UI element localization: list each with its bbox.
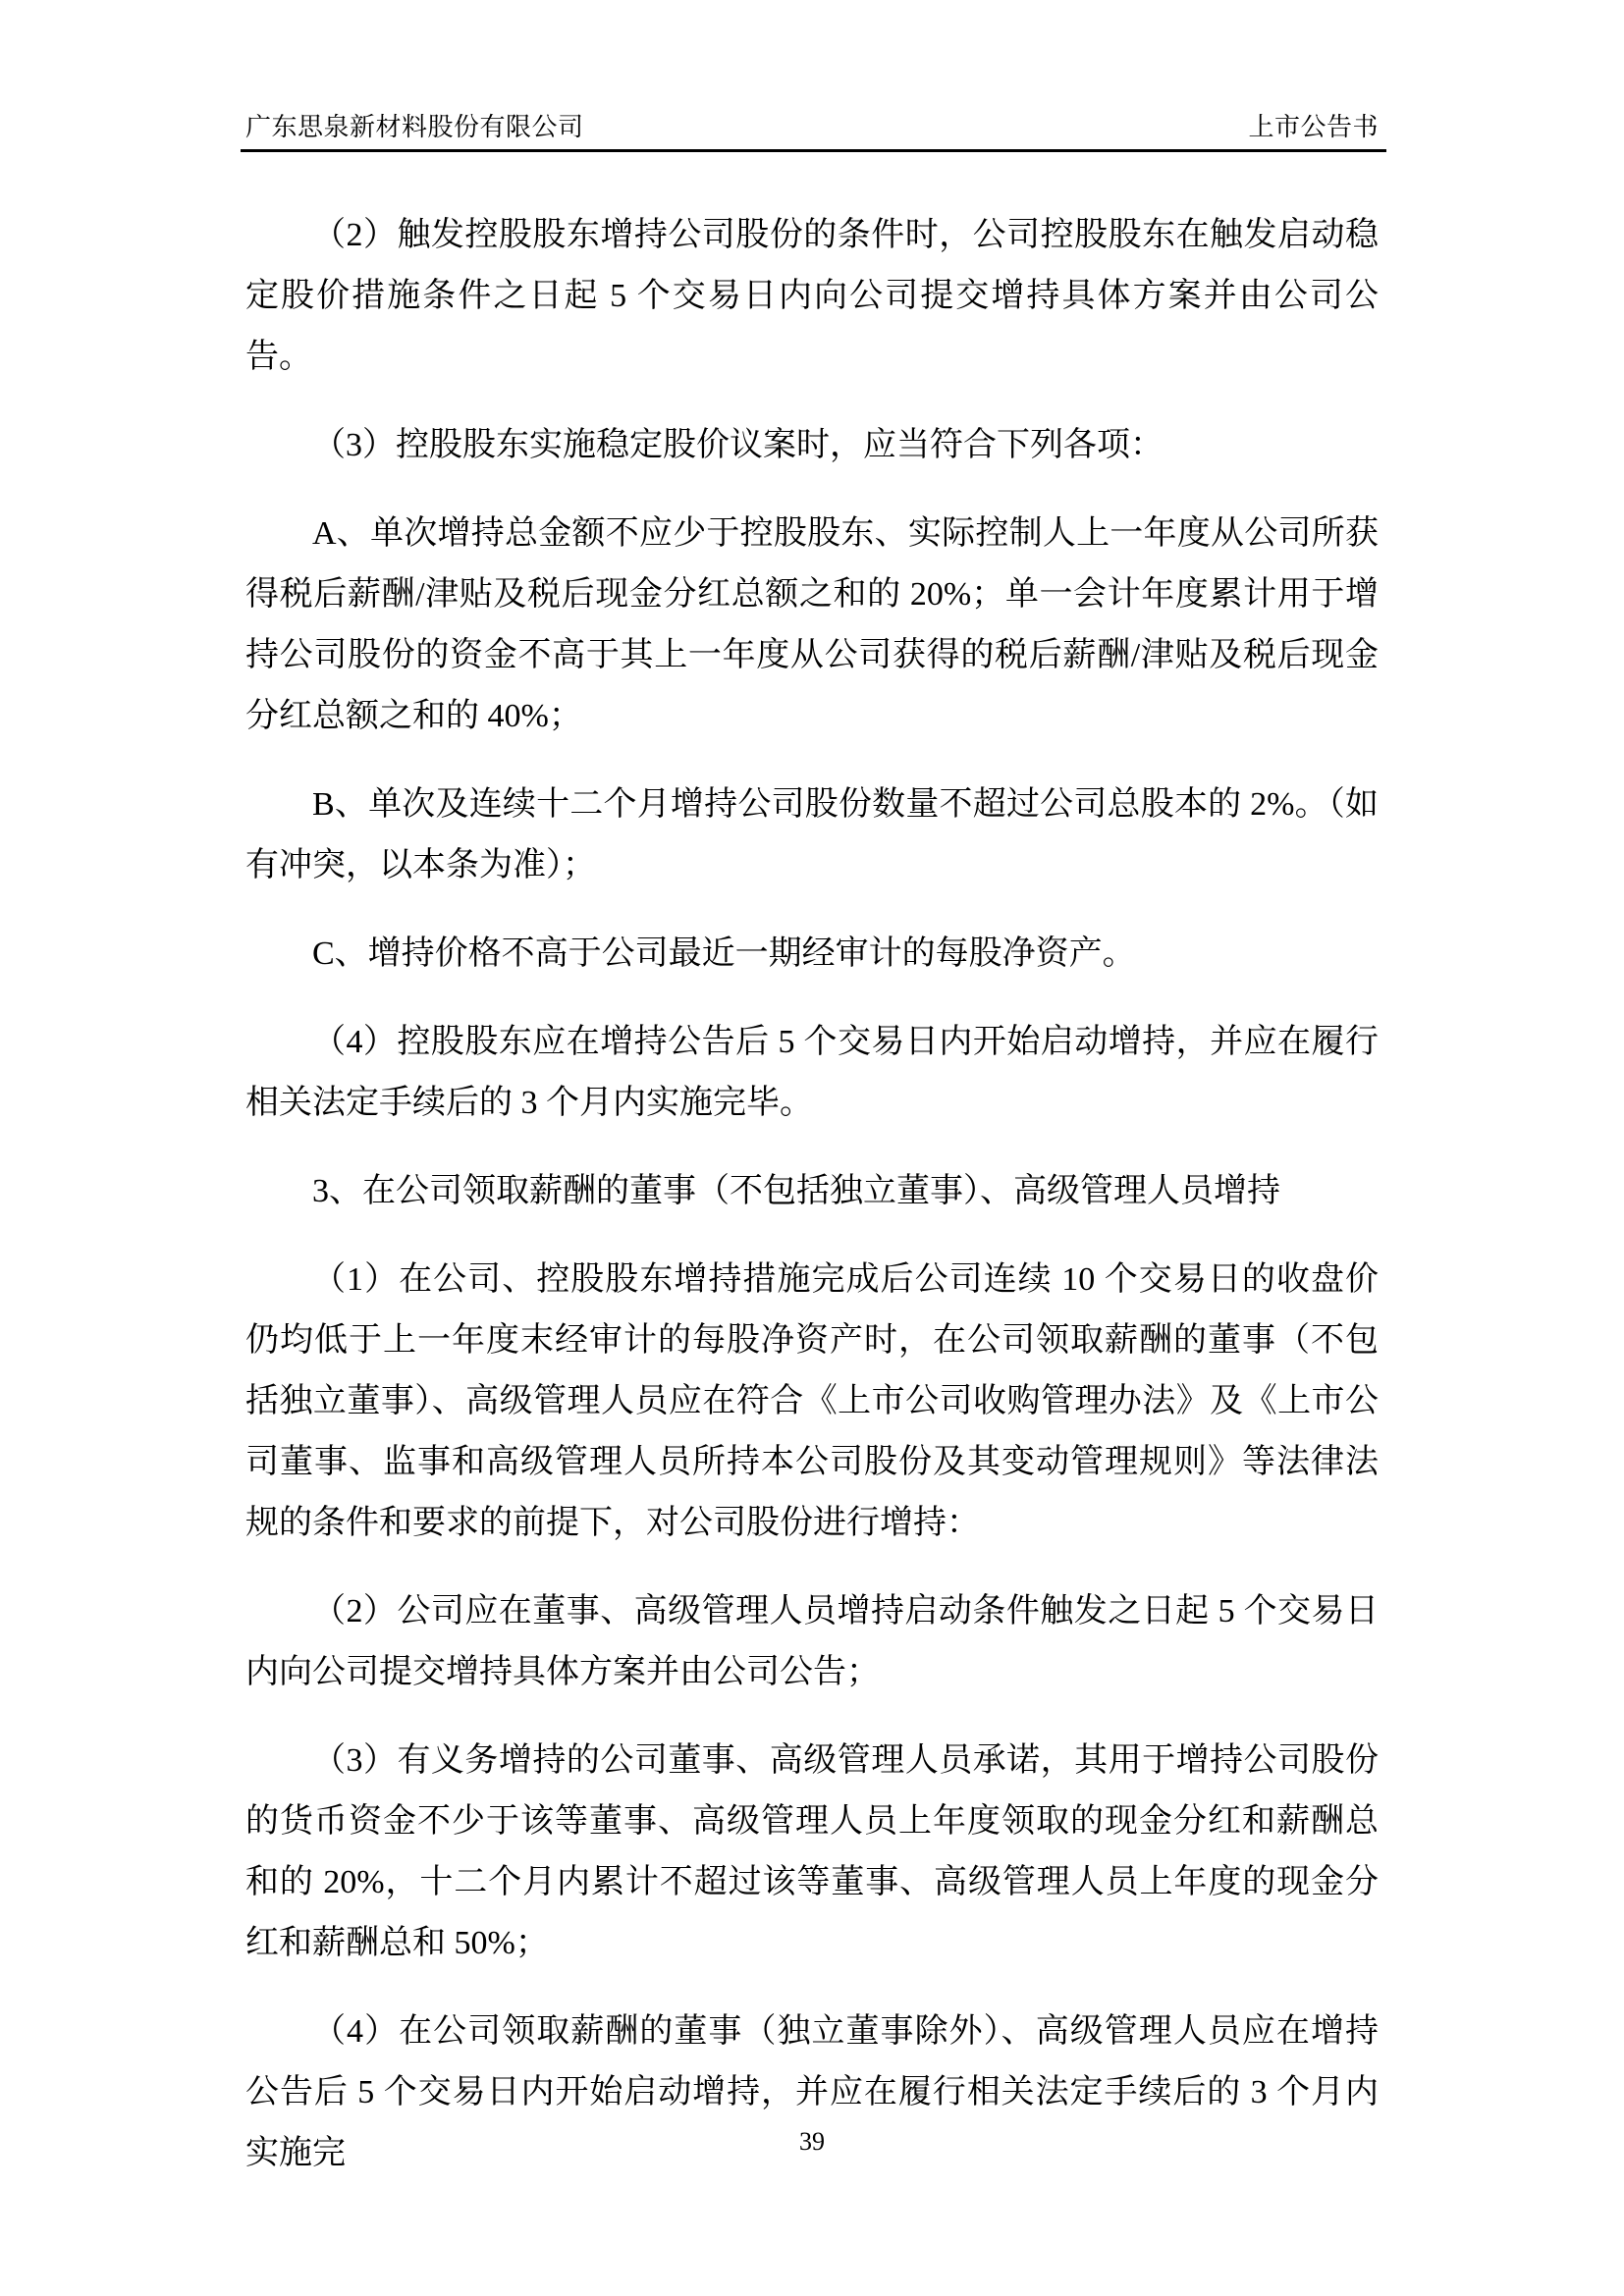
para-item3-stabilization-requirements: （3）控股股东实施稳定股价议案时，应当符合下列各项： bbox=[245, 415, 1379, 476]
document-page: 广东思泉新材料股份有限公司 上市公告书 （2）触发控股股东增持公司股份的条件时，… bbox=[0, 0, 1624, 2296]
header-company-name: 广东思泉新材料股份有限公司 bbox=[241, 114, 584, 141]
para-s1-directors-increase-trigger: （1）在公司、控股股东增持措施完成后公司连续 10 个交易日的收盘价仍均低于上一… bbox=[245, 1250, 1379, 1554]
para-item4-start-and-completion-timing: （4）控股股东应在增持公告后 5 个交易日内开始启动增持，并应在履行相关法定手续… bbox=[245, 1012, 1379, 1134]
page-header: 广东思泉新材料股份有限公司 上市公告书 bbox=[241, 0, 1386, 152]
para-s2-plan-submission: （2）公司应在董事、高级管理人员增持启动条件触发之日起 5 个交易日内向公司提交… bbox=[245, 1581, 1379, 1703]
para-item2-trigger-conditions: （2）触发控股股东增持公司股份的条件时，公司控股股东在触发启动稳定股价措施条件之… bbox=[245, 205, 1379, 388]
para-c-increase-price-limit: C、增持价格不高于公司最近一期经审计的每股净资产。 bbox=[245, 924, 1379, 985]
heading-directors-executives-increase: 3、在公司领取薪酬的董事（不包括独立董事）、高级管理人员增持 bbox=[245, 1161, 1379, 1222]
para-a-single-increase-amount-limit: A、单次增持总金额不应少于控股股东、实际控制人上一年度从公司所获得税后薪酬/津贴… bbox=[245, 504, 1379, 747]
document-body: （2）触发控股股东增持公司股份的条件时，公司控股股东在触发启动稳定股价措施条件之… bbox=[245, 205, 1379, 2184]
para-s3-fund-commitment: （3）有义务增持的公司董事、高级管理人员承诺，其用于增持公司股份的货币资金不少于… bbox=[245, 1731, 1379, 1974]
header-document-type: 上市公告书 bbox=[1248, 114, 1386, 141]
page-number: 39 bbox=[0, 2126, 1624, 2158]
para-b-twelve-month-share-limit: B、单次及连续十二个月增持公司股份数量不超过公司总股本的 2%。（如有冲突，以本… bbox=[245, 774, 1379, 896]
